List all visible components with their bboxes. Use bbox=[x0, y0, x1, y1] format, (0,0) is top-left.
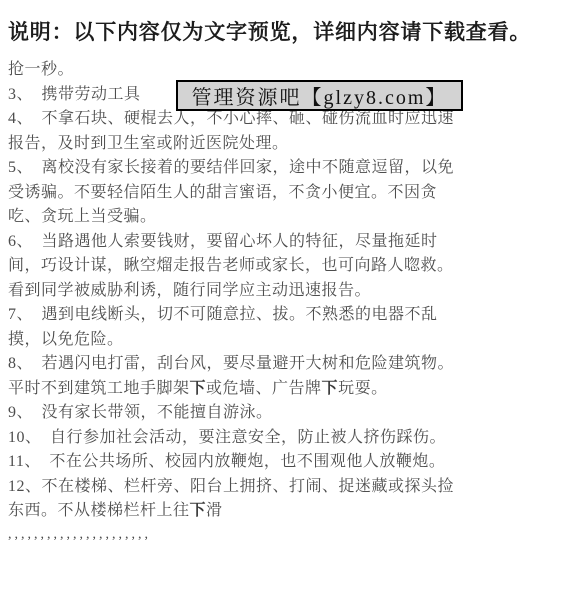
text-segment: 6、 当路遇他人索要钱财，要留心坏人的特征，尽量拖延时 bbox=[8, 233, 438, 250]
text-segment: 滑 bbox=[206, 502, 223, 519]
text-line: 10、 自行参加社会活动，要注意安全，防止被人挤伤踩伤。 bbox=[8, 426, 574, 451]
text-line: 东西。不从楼梯栏杆上往下滑 bbox=[8, 499, 574, 524]
ellipsis-line: ,,,,,,,,,,,,,,,,,,,,,, bbox=[8, 524, 574, 549]
document-preview-page: 说明：以下内容仅为文字预览，详细内容请下载查看。 抢一秒。3、 携带劳动工具4、… bbox=[0, 0, 578, 600]
document-body: 抢一秒。3、 携带劳动工具4、 不拿石块、硬棍去人，不小心摔、砸、碰伤流血时应迅… bbox=[8, 58, 574, 548]
text-segment: 7、 遇到电线断头，切不可随意拉、拔。不熟悉的电器不乱 bbox=[8, 306, 438, 323]
text-line: 报告，及时到卫生室或附近医院处理。 bbox=[8, 132, 574, 157]
text-line: 6、 当路遇他人索要钱财，要留心坏人的特征，尽量拖延时 bbox=[8, 230, 574, 255]
text-line: 受诱骗。不要轻信陌生人的甜言蜜语，不贪小便宜。不因贪 bbox=[8, 181, 574, 206]
bold-text-segment: 下 bbox=[322, 380, 339, 397]
text-segment: 5、 离校没有家长接着的要结伴回家，途中不随意逗留，以免 bbox=[8, 159, 454, 176]
text-line: 8、 若遇闪电打雷，刮台风，要尽量避开大树和危险建筑物。 bbox=[8, 352, 574, 377]
bold-text-segment: 下 bbox=[190, 502, 207, 519]
text-line: 平时不到建筑工地手脚架下或危墙、广告牌下玩耍。 bbox=[8, 377, 574, 402]
text-segment: 摸，以免危险。 bbox=[8, 331, 124, 348]
text-segment: 3、 携带劳动工具 bbox=[8, 86, 141, 103]
text-segment: 受诱骗。不要轻信陌生人的甜言蜜语，不贪小便宜。不因贪 bbox=[8, 184, 437, 201]
text-segment: 抢一秒。 bbox=[8, 61, 74, 78]
text-line: 9、 没有家长带领，不能擅自游泳。 bbox=[8, 401, 574, 426]
text-segment: 4、 不拿石块、硬棍去人，不小心摔、砸、碰伤流血时应迅速 bbox=[8, 110, 454, 127]
watermark-badge: 管理资源吧【glzy8.com】 bbox=[176, 80, 463, 111]
text-line: 间，巧设计谋，瞅空熘走报告老师或家长，也可向路人唿救。 bbox=[8, 254, 574, 279]
text-segment: 吃、贪玩上当受骗。 bbox=[8, 208, 157, 225]
text-segment: 11、 不在公共场所、校园内放鞭炮，也不围观他人放鞭炮。 bbox=[8, 453, 445, 470]
text-line: 吃、贪玩上当受骗。 bbox=[8, 205, 574, 230]
bold-text-segment: 下 bbox=[190, 380, 207, 397]
text-line: 7、 遇到电线断头，切不可随意拉、拔。不熟悉的电器不乱 bbox=[8, 303, 574, 328]
text-segment: 玩耍。 bbox=[338, 380, 388, 397]
text-segment: 间，巧设计谋，瞅空熘走报告老师或家长，也可向路人唿救。 bbox=[8, 257, 454, 274]
text-segment: 平时不到建筑工地手脚架 bbox=[8, 380, 190, 397]
text-segment: 12、不在楼梯、栏杆旁、阳台上拥挤、打闹、捉迷藏或探头捡 bbox=[8, 478, 454, 495]
text-line: 12、不在楼梯、栏杆旁、阳台上拥挤、打闹、捉迷藏或探头捡 bbox=[8, 475, 574, 500]
text-segment: 9、 没有家长带领，不能擅自游泳。 bbox=[8, 404, 273, 421]
text-segment: 报告，及时到卫生室或附近医院处理。 bbox=[8, 135, 289, 152]
text-segment: 10、 自行参加社会活动，要注意安全，防止被人挤伤踩伤。 bbox=[8, 429, 446, 446]
preview-notice: 说明：以下内容仅为文字预览，详细内容请下载查看。 bbox=[8, 16, 531, 46]
text-segment: 或危墙、广告牌 bbox=[206, 380, 322, 397]
text-segment: 8、 若遇闪电打雷，刮台风，要尽量避开大树和危险建筑物。 bbox=[8, 355, 454, 372]
text-line: 摸，以免危险。 bbox=[8, 328, 574, 353]
text-line: 11、 不在公共场所、校园内放鞭炮，也不围观他人放鞭炮。 bbox=[8, 450, 574, 475]
text-segment: 看到同学被威胁利诱，随行同学应主动迅速报告。 bbox=[8, 282, 371, 299]
text-line: 看到同学被威胁利诱，随行同学应主动迅速报告。 bbox=[8, 279, 574, 304]
text-line: 5、 离校没有家长接着的要结伴回家，途中不随意逗留，以免 bbox=[8, 156, 574, 181]
text-segment: 东西。不从楼梯栏杆上往 bbox=[8, 502, 190, 519]
text-line: 抢一秒。 bbox=[8, 58, 574, 83]
